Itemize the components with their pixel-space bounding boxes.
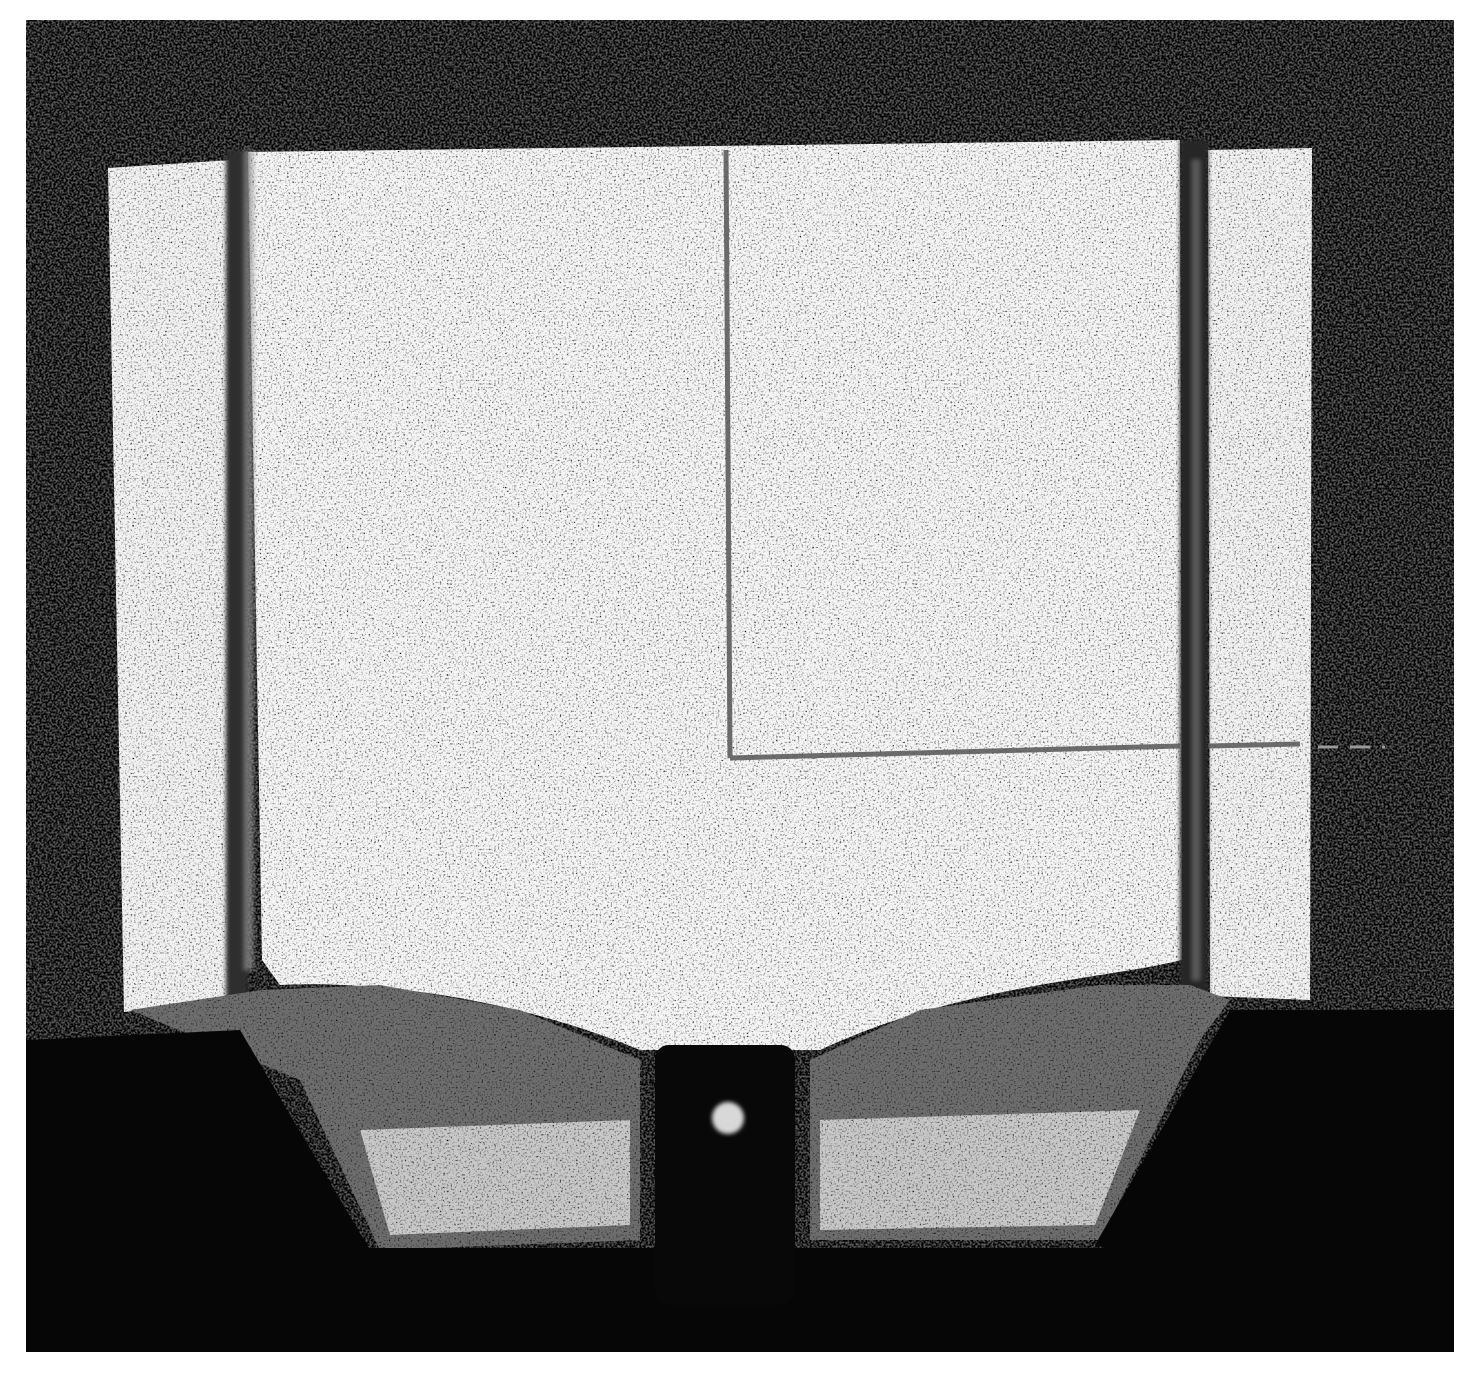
outlet-marker-dot: [712, 1102, 744, 1134]
hopper-photograph: [0, 0, 1474, 1376]
granular-fill: [108, 140, 1312, 1050]
outlet-block: [655, 1045, 795, 1305]
